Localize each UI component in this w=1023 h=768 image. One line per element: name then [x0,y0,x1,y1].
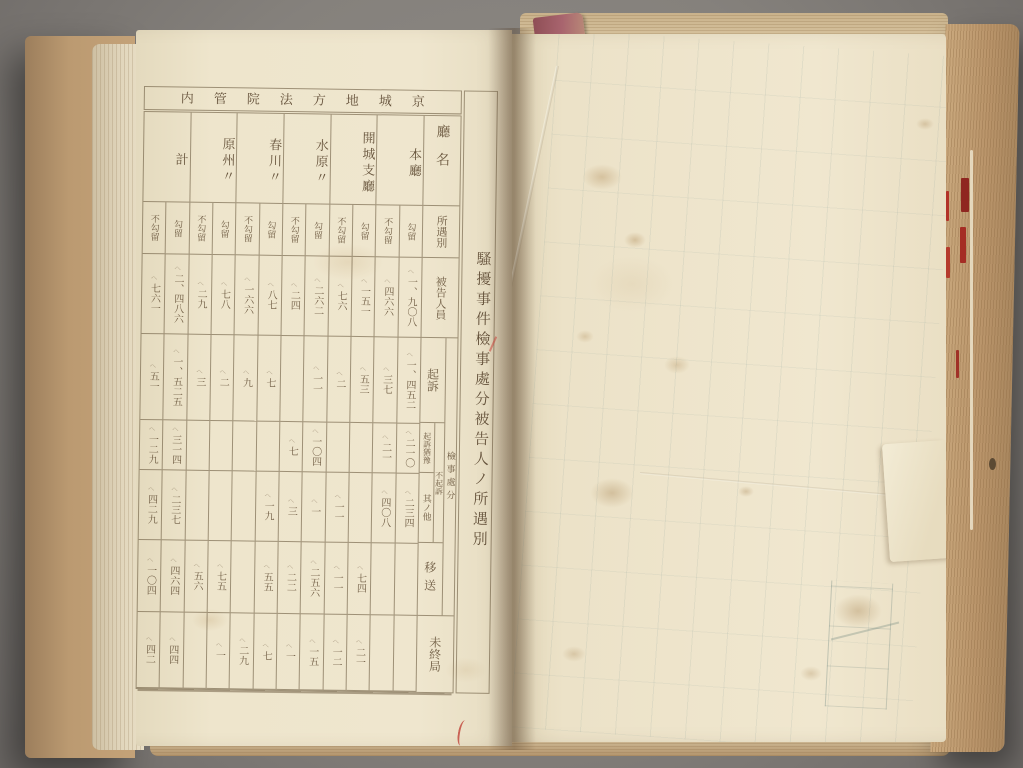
table-cell [231,541,254,613]
table-cell: 四〇八 [372,473,395,543]
red-edge-mark [956,350,959,378]
table-cell: 五三 [350,337,374,423]
detention-pair: 勾留 一、九〇八 一、四五二 二一〇 二三四 不勾留 四六六 三七 [370,205,422,692]
table-cell: 一二九 [140,420,163,470]
table-cell [185,471,208,541]
table-cell [233,421,256,471]
table-cell: 二三四 [395,474,418,544]
table-cell: 一、四五二 [397,338,421,424]
form-body: 内管院法方地城京 廳名 所遇別 被告人員 檢事處分 起訴 不起訴 [136,86,462,693]
table-cell: 四四 [160,612,183,688]
table-cell [326,423,349,473]
office-name: 開城支廳 [330,115,377,206]
table-cell: 一九 [255,472,278,542]
table-cell: 七六 [328,257,351,337]
table-cell [256,422,279,472]
office-column-honcho: 本廳 勾留 一、九〇八 一、四五二 二一〇 二三四 不勾留 [369,115,424,692]
foxing-stain [582,164,622,190]
foxing-stain [834,594,882,628]
table-cell: 七 [280,422,303,472]
subheader-not-detained: 不勾留 [236,203,259,255]
table-cell: 四二九 [139,470,162,540]
table-cell [183,613,206,689]
table-cell: 五六 [184,541,207,613]
table-cell: 二一 [373,423,396,473]
foxing-stain [590,478,634,508]
table-cell: 四二 [137,612,160,688]
table-cell [186,421,209,471]
header-office-name: 廳名 [423,116,460,206]
office-column-suigen: 水原〃 勾留 二六二 一一 一〇四 一 二五六 一五 不勾留 [276,114,331,691]
table-cell: 一〇四 [303,422,326,472]
table-cell [209,471,232,541]
folded-edge [882,440,946,562]
table-cell: 二 [327,337,351,423]
book-photograph: 騷擾事件檢事處分被告人ノ所遇別 内管院法方地城京 廳名 所遇別 被告人員 檢事處… [0,0,1023,768]
table-cell: 一一 [304,336,328,422]
table-cell: 二六二 [305,256,328,336]
table-cell: 二三七 [162,470,185,540]
table-cell: 一二 [323,615,346,691]
table-cell [393,616,416,692]
header-other: 其ノ他 [419,473,434,543]
office-column-kaijo: 開城支廳 勾留 一五一 五三 七四 二一 不勾留 [322,115,377,692]
header-not-prosecuted-group: 不起訴 起訴猶豫 其ノ他 [419,423,445,543]
table-cell: 二 [210,335,234,421]
table-cell: 五一 [140,334,164,420]
table-cell: 八七 [258,256,281,336]
subheader-detained: 勾留 [166,202,189,254]
row-header-column: 廳名 所遇別 被告人員 檢事處分 起訴 不起訴 起訴猶豫 其ノ他 [416,116,461,692]
red-edge-mark [946,247,950,278]
table-cell: 一五一 [352,257,375,337]
table-cell: 二二 [278,542,301,614]
header-transferred: 移送 [418,543,443,615]
red-edge-mark [961,178,969,212]
foxing-stain [800,666,822,681]
foxing-stain [562,646,586,662]
table-cell: 三 [279,472,302,542]
subheader-detained: 勾留 [306,204,329,256]
header-suspended-prosecution: 起訴猶豫 [420,423,435,473]
table-cell: 七八 [211,255,234,335]
foxing-stain [738,486,754,497]
table-cell: 一一 [325,473,348,543]
office-name: 水原〃 [283,114,330,205]
foxing-stain [576,330,594,343]
table-cell: 一〇四 [138,540,161,612]
table-cell [350,423,373,473]
header-pending: 未終局 [417,616,454,692]
table-cell: 三 [187,335,211,421]
subheader-not-detained: 不勾留 [283,204,306,256]
table-cell: 九 [234,335,258,421]
header-prosecuted: 起訴 [420,338,445,424]
header-treatment-type: 所遇別 [423,206,460,258]
table-cell: 一六六 [235,255,258,335]
office-name: 本廳 [377,115,424,206]
table-cell: 一 [302,472,325,542]
header-prosecutor-disposition: 檢事處分 [442,338,458,615]
statistics-table: 廳名 所遇別 被告人員 檢事處分 起訴 不起訴 起訴猶豫 其ノ他 [136,111,462,693]
header-defendants: 被告人員 [422,258,459,338]
table-cell: 二一 [347,615,370,691]
subheader-detained: 勾留 [353,205,376,257]
table-cell: 二九 [230,613,253,689]
office-name: 計 [143,112,190,203]
subheader-detained: 勾留 [213,203,236,255]
office-column-shunsen: 春川〃 勾留 八七 七 一九 五五 七 不勾留 [229,113,284,690]
table-cell: 一 [277,614,300,690]
red-edge-mark [946,191,949,221]
table-cell: 一 [207,613,230,689]
office-column-total: 計 勾留 二、四八六 一、五二五 三一四 二三七 四六四 四四 不勾留 [137,112,191,689]
subheader-detained: 勾留 [399,206,422,258]
table-cell [371,543,394,615]
table-cell: 一五 [300,614,323,690]
table-cell: 七四 [348,543,371,615]
foxing-stain [664,356,690,374]
statistics-form: 騷擾事件檢事處分被告人ノ所遇別 内管院法方地城京 廳名 所遇別 被告人員 檢事處… [136,86,498,694]
table-cell: 一、五二五 [164,334,188,420]
table-cell: 三一四 [163,420,186,470]
subheader-detained: 勾留 [259,204,282,256]
table-cell: 三七 [374,337,398,423]
office-column-genshu: 原州〃 勾留 七八 二 七五 一 不勾留 二 [182,113,237,690]
foxing-stain [624,232,646,248]
jurisdiction-header: 内管院法方地城京 [144,86,462,114]
table-cell: 七 [257,336,281,422]
table-cell: 四六六 [375,257,398,337]
red-edge-mark [960,227,966,263]
table-cell [349,473,372,543]
detention-pair: 勾留 七八 二 七五 一 不勾留 二九 三 [183,203,235,690]
subheader-not-detained: 不勾留 [329,205,352,257]
edge-spot [989,458,996,470]
table-cell: 二九 [188,255,211,335]
table-cell: 二一〇 [396,424,419,474]
table-cell: 一、九〇八 [398,258,421,338]
table-cell: 五五 [254,542,277,614]
table-cell: 二四 [281,256,304,336]
detention-pair: 勾留 八七 七 一九 五五 七 不勾留 一六六 九 [230,203,282,690]
table-cell [280,336,304,422]
fore-edge-gap [970,150,973,530]
table-cell [232,471,255,541]
table-cell: 七六一 [141,254,164,334]
table-cell [210,421,233,471]
subheader-not-detained: 不勾留 [189,203,212,255]
subheader-not-detained: 不勾留 [376,205,399,257]
table-cell: 四六四 [161,540,184,612]
table-cell: 二五六 [301,542,324,614]
header-prosecutor-disposition-group: 檢事處分 起訴 不起訴 起訴猶豫 其ノ他 移送 [418,338,458,616]
table-cell: 七 [253,614,276,690]
detention-pair: 勾留 二、四八六 一、五二五 三一四 二三七 四六四 四四 不勾留 七六一 五一 [137,202,189,689]
office-name: 春川〃 [237,113,284,204]
subheader-not-detained: 不勾留 [143,202,166,254]
table-cell [370,615,393,691]
right-page [512,34,946,742]
foxing-stain [916,118,934,130]
office-name: 原州〃 [190,113,237,204]
table-cell: 二、四八六 [165,254,188,334]
table-cell [394,544,417,616]
detention-pair: 勾留 二六二 一一 一〇四 一 二五六 一五 不勾留 二四 七 [277,204,329,691]
table-cell: 七五 [208,541,231,613]
table-cell: 一一 [324,543,347,615]
detention-pair: 勾留 一五一 五三 七四 二一 不勾留 七六 二 [323,205,375,692]
